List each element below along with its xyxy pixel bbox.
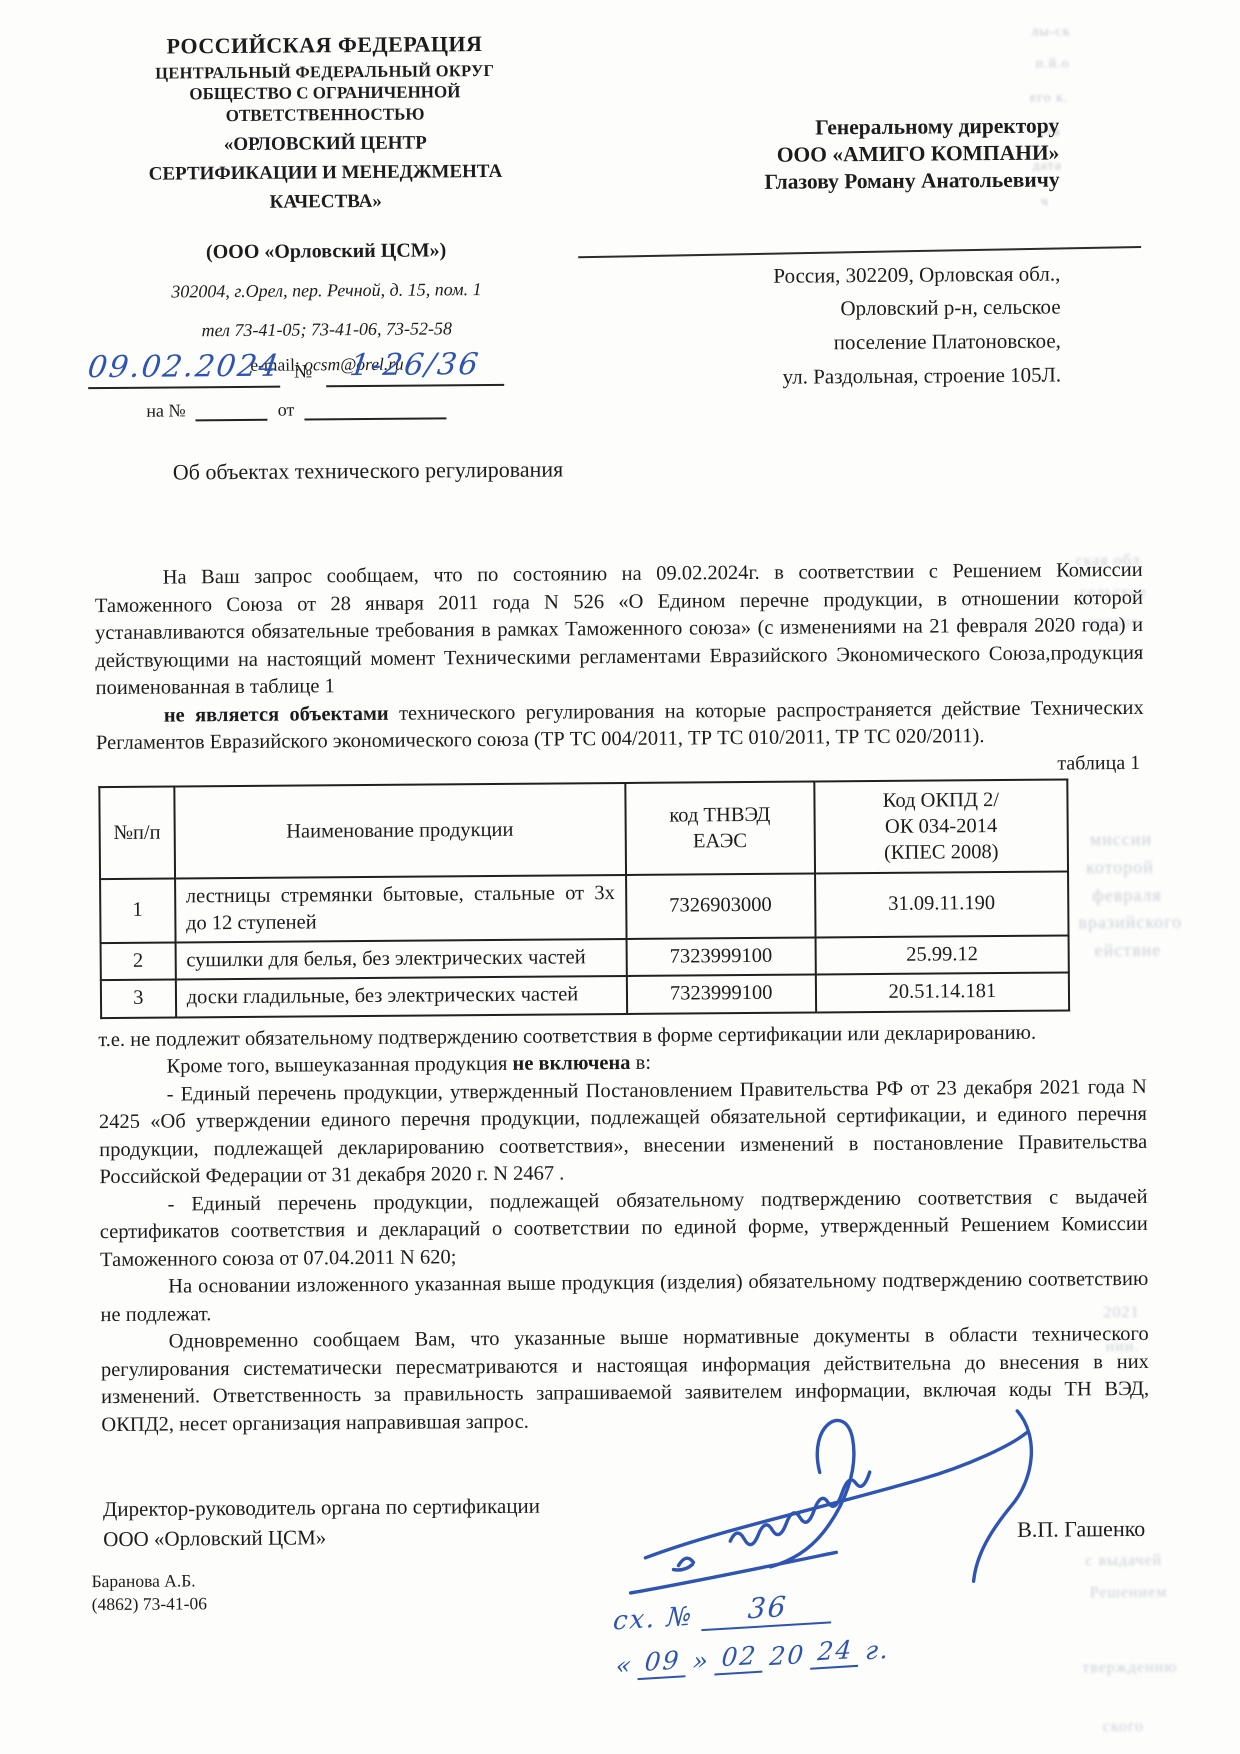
letter-subject: Об объектах технического регулирования	[173, 456, 564, 485]
dispatch-year-suffix: 24	[810, 1635, 860, 1670]
executor-block: Баранова А.Б. (4862) 73-41-06	[91, 1569, 207, 1616]
list-item-unified-register-2: - Единый перечень продукции, подлежащей …	[100, 1183, 1149, 1274]
row-okpd-code: 31.09.11.190	[815, 871, 1069, 937]
col-header-product-name: Наименование продукции	[174, 782, 626, 878]
reference-row-main: 09.02.2024 № 1-26/36	[88, 346, 558, 389]
row-tnved-code: 7323999100	[626, 974, 815, 1013]
signer-position-line-1: Директор-руководитель органа по сертифик…	[103, 1491, 540, 1524]
outgoing-number-field: 1-26/36	[326, 347, 504, 387]
dispatch-number-row: сх. № 36	[612, 1581, 934, 1636]
letterhead-org-name-1: «ОРЛОВСКИЙ ЦЕНТР	[86, 131, 564, 157]
signer-position: Директор-руководитель органа по сертифик…	[103, 1491, 540, 1554]
body-paragraph-2: не является объектами технического регул…	[96, 694, 1144, 757]
products-table-body: 1 лестницы стремянки бытовые, стальные о…	[100, 871, 1069, 1018]
signer-name: В.П. Гашенко	[1017, 1516, 1145, 1543]
dispatch-year-prefix: 20	[769, 1640, 807, 1672]
quote-close: »	[692, 1646, 712, 1677]
row-product-name: лестницы стремянки бытовые, стальные от …	[175, 874, 626, 942]
row-okpd-code: 25.99.12	[815, 935, 1068, 974]
table-header-row: №п/п Наименование продукции код ТНВЭД ЕА…	[99, 779, 1068, 879]
outgoing-date-handwritten: 09.02.2024	[86, 349, 282, 386]
col-header-okpd-code: Код ОКПД 2/ ОК 034-2014 (КПЕС 2008)	[814, 779, 1068, 873]
letter-body: На Ваш запрос сообщаем, что по состоянию…	[95, 557, 1150, 1439]
table-row: 1 лестницы стремянки бытовые, стальные о…	[100, 871, 1068, 943]
outgoing-number-handwritten: 1-26/36	[348, 347, 482, 383]
ghost-fragment: с выдачей	[1085, 1552, 1162, 1571]
after-p2-pre: Кроме того, вышеуказанная продукция	[166, 1053, 512, 1078]
addressee-position: Генеральному директору	[594, 113, 1059, 144]
bleedthrough-artifacts: лы-ск п.й.о его к. отв дата ч ская обл с…	[0, 0, 1233, 5]
executor-phone: (4862) 73-41-06	[92, 1592, 207, 1616]
addressee-person: Глазову Роману Анатольевичу	[595, 166, 1060, 197]
letterhead-address: 302004, г.Орел, пер. Речной, д. 15, пом.…	[87, 279, 565, 304]
list-item-unified-register-1: - Единый перечень продукции, утвержденны…	[99, 1073, 1148, 1191]
letterhead-org-name-2: СЕРТИФИКАЦИИ И МЕНЕДЖМЕНТА	[86, 160, 564, 186]
outgoing-date-field: 09.02.2024	[88, 349, 280, 390]
ghost-fragment: п.й.о	[1036, 56, 1070, 72]
letterhead: РОССИЙСКАЯ ФЕДЕРАЦИЯ ЦЕНТРАЛЬНЫЙ ФЕДЕРАЛ…	[85, 30, 566, 376]
letterhead-short-name: (ООО «Орловский ЦСМ»)	[87, 238, 565, 265]
dispatch-month: 02	[715, 1640, 765, 1675]
scan-tilt-wrapper: лы-ск п.й.о его к. отв дата ч ская обл с…	[0, 0, 1240, 1754]
addressee-address-line: ул. Раздольная, строение 105Л.	[596, 361, 1061, 394]
ghost-fragment: Решением	[1090, 1584, 1168, 1603]
ghost-fragment: ского	[1103, 1718, 1144, 1736]
table-row: 3 доски гладильные, без электрических ча…	[101, 972, 1069, 1017]
body-paragraph-2-bold: не является объектами	[164, 702, 389, 726]
letterhead-org-form-2: ОТВЕТСТВЕННОСТЬЮ	[86, 104, 564, 128]
row-tnved-code: 7326903000	[626, 873, 816, 938]
executor-name: Баранова А.Б.	[91, 1569, 206, 1593]
after-p2-bold: не включена	[512, 1052, 630, 1075]
dispatch-number-label: сх. №	[612, 1602, 695, 1637]
body-paragraph-1: На Ваш запрос сообщаем, что по состоянию…	[95, 557, 1144, 703]
reference-block: 09.02.2024 № 1-26/36 на № от	[88, 346, 559, 422]
reference-row-reply: на № от	[146, 397, 558, 421]
dispatch-stamp: сх. № 36 « 09 » 02 20 24 г.	[612, 1581, 936, 1681]
addressee-company: ООО «АМИГО КОМПАНИ»	[594, 139, 1059, 170]
addressee-address-line: поселение Платоновское,	[596, 327, 1061, 360]
letterhead-org-form-1: ОБЩЕСТВО С ОГРАНИЧЕННОЙ	[86, 82, 564, 106]
letterhead-district: ЦЕНТРАЛЬНЫЙ ФЕДЕРАЛЬНЫЙ ОКРУГ	[86, 60, 564, 83]
addressee-address: Россия, 302209, Орловская обл., Орловски…	[595, 259, 1061, 394]
reply-date-blank	[304, 417, 446, 420]
dispatch-date-row: « 09 » 02 20 24 г.	[615, 1630, 936, 1681]
after-p2-post: в:	[630, 1052, 651, 1074]
letterhead-org-name-3: КАЧЕСТВА»	[87, 190, 565, 216]
products-table: №п/п Наименование продукции код ТНВЭД ЕА…	[98, 778, 1070, 1019]
conclusion-paragraph: На основании изложенного указанная выше …	[100, 1266, 1148, 1329]
letterhead-phones: тел 73-41-05; 73-41-06, 73-52-58	[88, 317, 566, 342]
row-product-name: сушилки для белья, без электрических час…	[175, 938, 626, 979]
addressee-address-line: Россия, 302209, Орловская обл.,	[595, 259, 1060, 292]
row-number: 2	[101, 942, 176, 980]
disclaimer-paragraph: Одновременно сообщаем Вам, что указанные…	[101, 1321, 1150, 1439]
ghost-fragment: тверждению	[1082, 1659, 1177, 1678]
ghost-fragment: лы-ск	[1031, 24, 1070, 40]
dispatch-day: 09	[638, 1645, 688, 1680]
reply-na-label: на №	[146, 400, 185, 421]
dispatch-year-g: г.	[864, 1635, 891, 1667]
quote-open: «	[615, 1650, 635, 1681]
reply-ot-label: от	[278, 400, 295, 421]
row-product-name: доски гладильные, без электрических част…	[176, 976, 627, 1017]
products-table-head: №п/п Наименование продукции код ТНВЭД ЕА…	[99, 779, 1068, 879]
reply-number-blank	[196, 419, 268, 422]
addressee-address-line: Орловский р-н, сельское	[595, 293, 1060, 326]
col-header-tnved-code: код ТНВЭД ЕАЭС	[625, 781, 815, 874]
scanned-letter-page: лы-ск п.й.о его к. отв дата ч ская обл с…	[0, 0, 1240, 1754]
dispatch-number-value: 36	[702, 1587, 835, 1631]
ghost-fragment: его к.	[1030, 90, 1069, 106]
row-tnved-code: 7323999100	[626, 937, 815, 976]
row-number: 3	[101, 979, 176, 1017]
letterhead-country: РОССИЙСКАЯ ФЕДЕРАЦИЯ	[85, 30, 563, 60]
col-header-number: №п/п	[99, 786, 174, 879]
row-okpd-code: 20.51.14.181	[816, 972, 1069, 1011]
row-number: 1	[100, 878, 175, 943]
signer-position-line-2: ООО «Орловский ЦСМ»	[103, 1521, 540, 1554]
number-sign-label: №	[294, 361, 312, 387]
